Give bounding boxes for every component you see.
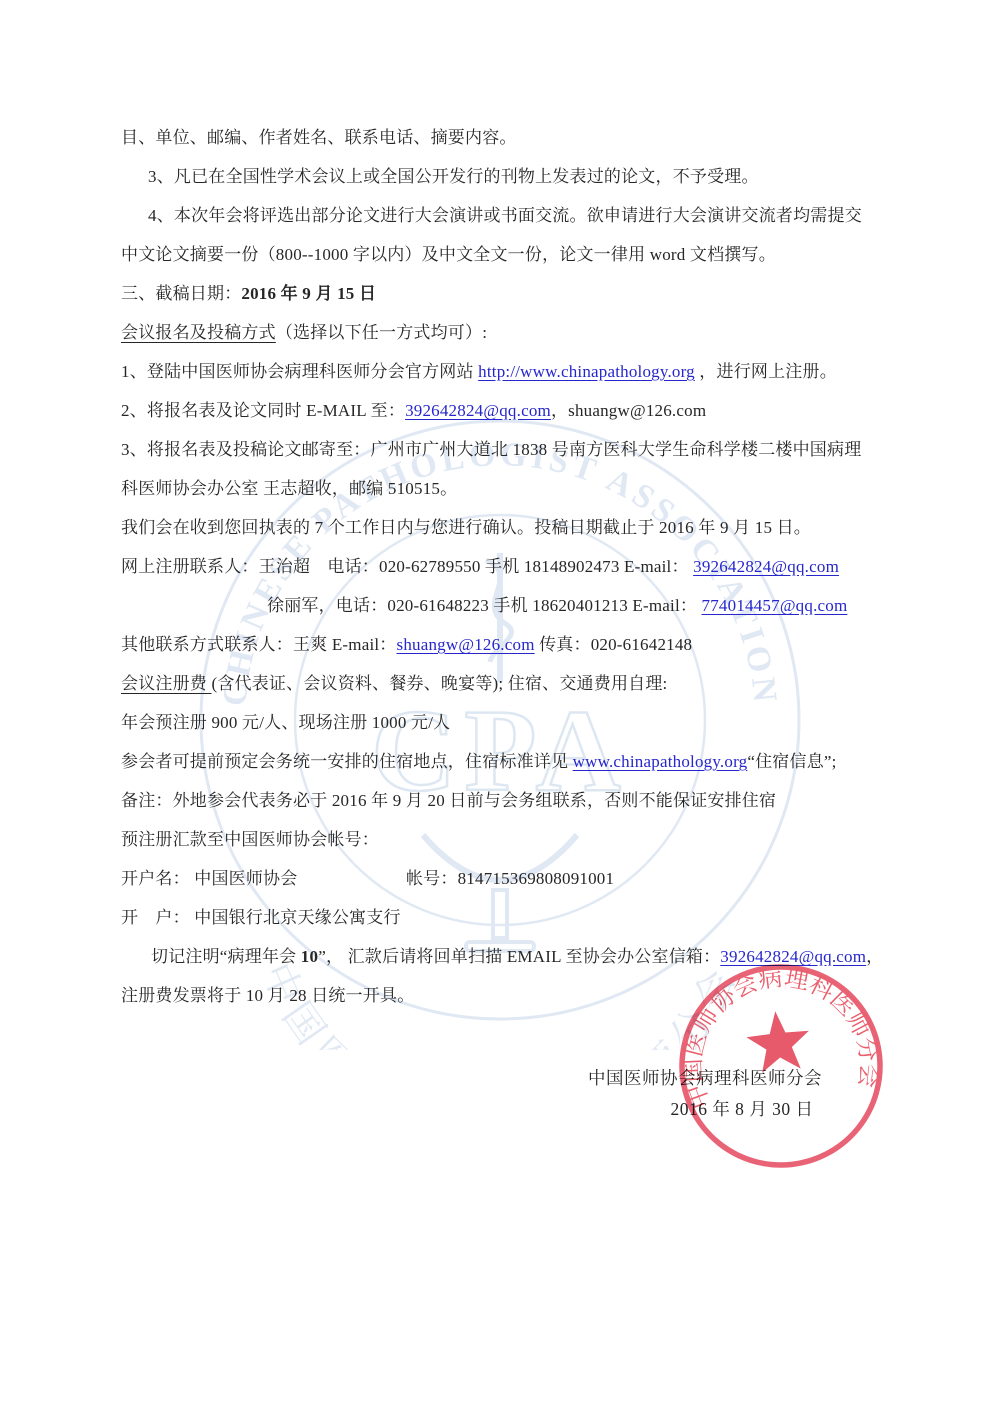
website-link[interactable]: http://www.chinapathology.org [478,362,695,381]
registration-methods-title: 会议报名及投稿方式 [121,323,276,342]
confirmation-text: 我们会在收到您回执表的 7 个工作日内与您进行确认。投稿日期截止于 2016 年… [121,518,811,537]
accommodation-website-link[interactable]: www.chinapathology.org [573,752,748,771]
contact-xu-lijun-email-link[interactable]: 774014457@qq.com [702,596,848,615]
contact-wang-zhichao-text: 网上注册联系人：王治超 电话：020-62789550 手机 181489024… [121,557,693,576]
method-1-text: 1、登陆中国医师协会病理科医师分会官方网站 [121,362,478,381]
method-2-text-after: ，shuangw@126.com [551,401,706,420]
registration-fee-heading: 会议注册费 (含代表证、会议资料、餐券、晚宴等); 住宿、交通费用自理: [121,664,878,703]
method-3-text: 3、将报名表及投稿论文邮寄至：广州市广州大道北 1838 号南方医科大学生命科学… [121,440,861,498]
contact-xu-lijun: 徐丽军，电话：020-61648223 手机 18620401213 E-mai… [121,586,878,625]
account-number-text: 帐号：814715369808091001 [406,859,614,898]
remark-text: 备注：外地参会代表务必于 2016 年 9 月 20 日前与会务组联系，否则不能… [121,791,776,810]
bank-text: 开 户： 中国银行北京天缘公寓支行 [121,908,401,927]
contact-xu-lijun-text: 徐丽军，电话：020-61648223 手机 18620401213 E-mai… [267,596,702,615]
accommodation-text-after: “住宿信息”; [747,752,836,771]
registration-methods-heading: 会议报名及投稿方式（选择以下任一方式均可）: [121,313,878,352]
remittance-heading-text: 预注册汇款至中国医师协会帐号： [121,830,379,849]
deadline-label: 三、截稿日期： [121,284,241,303]
method-3-postal-mail: 3、将报名表及投稿论文邮寄至：广州市广州大道北 1838 号南方医科大学生命科学… [121,430,878,508]
item-4-text: 4、本次年会将评选出部分论文进行大会演讲或书面交流。欲申请进行大会演讲交流者均需… [121,206,862,264]
item-3-text: 3、凡已在全国性学术会议上或全国公开发行的刊物上发表过的论文，不予受理。 [148,167,759,186]
invoice-text: 注册费发票将于 10 月 28 日统一开具。 [121,986,414,1005]
registration-methods-note: （选择以下任一方式均可）: [276,323,487,342]
contact-wang-shuang-email-link[interactable]: shuangw@126.com [397,635,535,654]
remittance-note-text-mid: ”， 汇款后请将回单扫描 EMAIL 至协会办公室信箱： [318,947,720,966]
contact-wang-shuang: 其他联系方式联系人：王爽 E-mail：shuangw@126.com 传真：0… [121,625,878,664]
fee-amounts-line: 年会预注册 900 元/人、现场注册 1000 元/人 [121,703,878,742]
confirmation-note: 我们会在收到您回执表的 7 个工作日内与您进行确认。投稿日期截止于 2016 年… [121,508,878,547]
deadline-date: 2016 年 9 月 15 日 [241,284,376,303]
item-3-published-papers: 3、凡已在全国性学术会议上或全国公开发行的刊物上发表过的论文，不予受理。 [121,157,878,196]
method-2-text: 2、将报名表及论文同时 E-MAIL 至： [121,401,405,420]
registration-fee-title: 会议注册费 [121,674,211,693]
seal-star-icon [744,1008,813,1074]
registration-fee-note: (含代表证、会议资料、餐券、晚宴等); 住宿、交通费用自理: [211,674,667,693]
method-1-text-after: ，进行网上注册。 [695,362,837,381]
bank-line: 开 户： 中国银行北京天缘公寓支行 [121,898,878,937]
remittance-heading: 预注册汇款至中国医师协会帐号： [121,820,878,859]
contact-wang-zhichao: 网上注册联系人：王治超 电话：020-62789550 手机 181489024… [121,547,878,586]
method-1-website: 1、登陆中国医师协会病理科医师分会官方网站 http://www.chinapa… [121,352,878,391]
document-body: 目、单位、邮编、作者姓名、联系电话、摘要内容。 3、凡已在全国性学术会议上或全国… [121,118,878,1015]
official-seal-stamp: 中国医师协会病理科医师分会 [667,952,896,1181]
accommodation-text: 参会者可提前预定会务统一安排的住宿地点，住宿标准详见 [121,752,573,771]
contact-wang-zhichao-email-link[interactable]: 392642824@qq.com [693,557,839,576]
fee-amounts-text: 年会预注册 900 元/人、现场注册 1000 元/人 [121,713,450,732]
contact-wang-shuang-text: 其他联系方式联系人：王爽 E-mail： [121,635,397,654]
account-name-line: 开户名： 中国医师协会帐号：814715369808091001 [121,859,878,898]
item-4-paper-selection: 4、本次年会将评选出部分论文进行大会演讲或书面交流。欲申请进行大会演讲交流者均需… [121,196,878,274]
email-link-qq[interactable]: 392642824@qq.com [405,401,551,420]
deadline-line: 三、截稿日期：2016 年 9 月 15 日 [121,274,878,313]
document-page: CHINESE PATHOLOGIST ASSOCIATION 中国医师协会病理… [0,0,992,1403]
account-name-text: 开户名： 中国医师协会 [121,869,297,888]
remark-note: 备注：外地参会代表务必于 2016 年 9 月 20 日前与会务组联系，否则不能… [121,781,878,820]
topic-fields-text: 目、单位、邮编、作者姓名、联系电话、摘要内容。 [121,128,517,147]
contact-wang-shuang-fax: 传真：020-61642148 [535,635,693,654]
method-2-email: 2、将报名表及论文同时 E-MAIL 至：392642824@qq.com，sh… [121,391,878,430]
line-topic-fields: 目、单位、邮编、作者姓名、联系电话、摘要内容。 [121,118,878,157]
remittance-note-number: 10 [301,947,318,966]
remittance-note-text: 切记注明“病理年会 [151,947,301,966]
accommodation-note: 参会者可提前预定会务统一安排的住宿地点，住宿标准详见 www.chinapath… [121,742,878,781]
